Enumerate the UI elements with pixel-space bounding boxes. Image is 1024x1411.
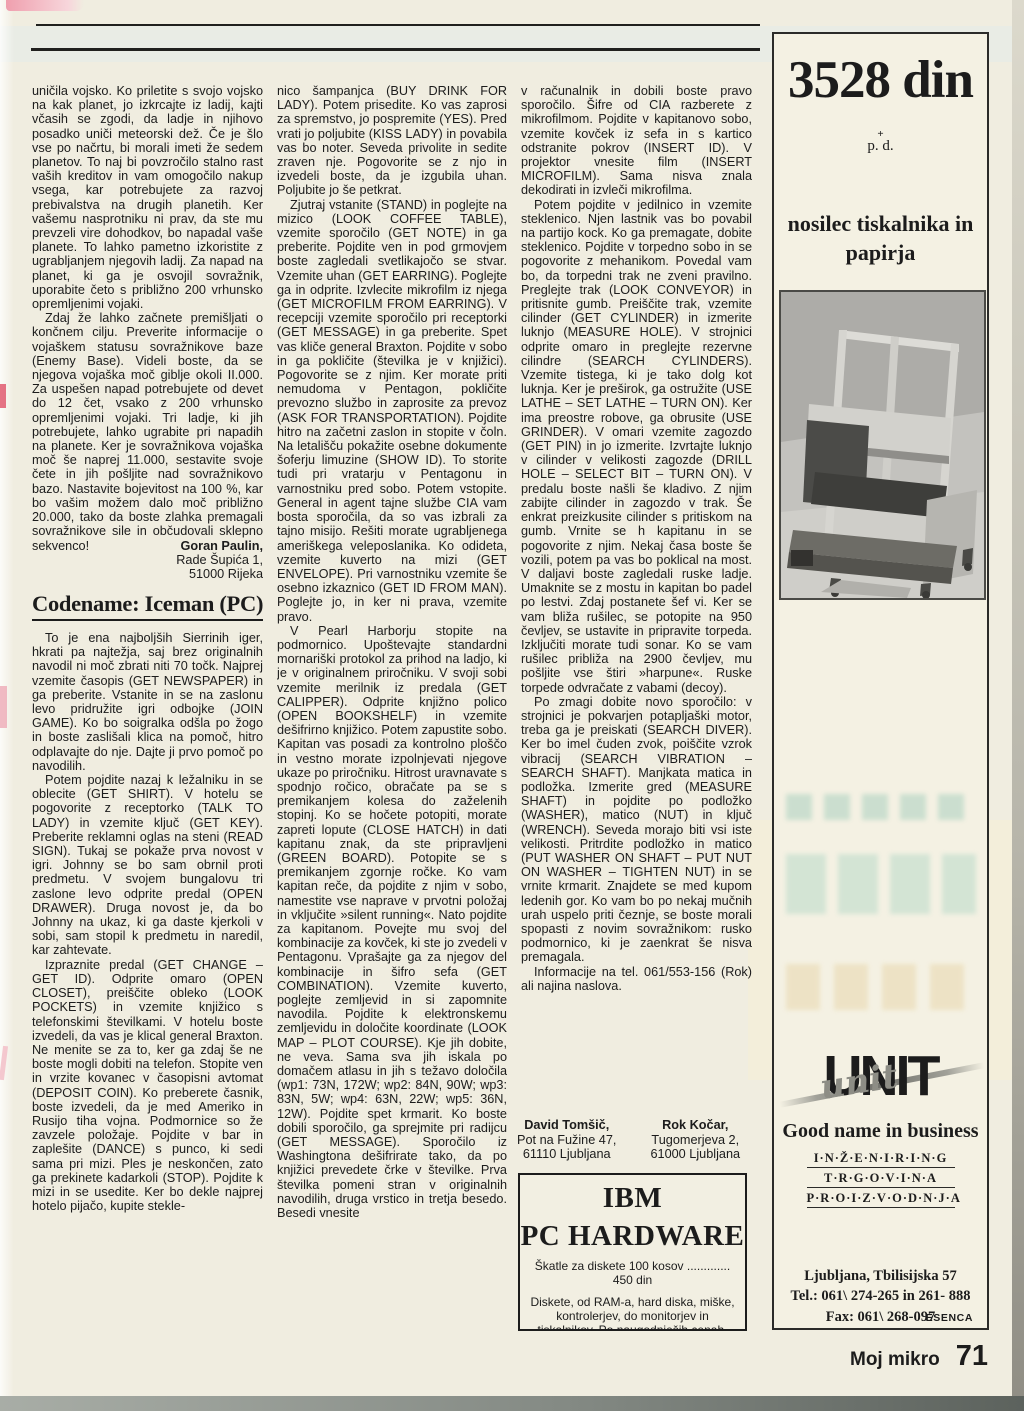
activity-item: T·R·G·O·V·I·N·A [807, 1168, 955, 1188]
body-paragraph: Zdaj že lahko začnete premišljati o konč… [32, 311, 263, 552]
page-bleedthrough [786, 854, 976, 914]
ad-title: PC HARDWARE [520, 1222, 745, 1251]
authors-block: David Tomšič, Pot na Fužine 47, 61110 Lj… [505, 1118, 757, 1162]
page-bleedthrough [786, 794, 976, 820]
ad-title: IBM [520, 1184, 745, 1213]
unit-sidebar-ad: 3528 din + p. d. nosilec tiskalnika in p… [772, 32, 989, 1330]
printer-stand-photo [779, 290, 986, 600]
body-paragraph: Potem pojdite v jedilnico in vzemite ste… [521, 198, 752, 695]
magazine-name: Moj mikro [850, 1349, 940, 1371]
ad-price: 3528 din [774, 50, 987, 110]
body-paragraph: To je ena najboljših Sierrinih iger, hkr… [32, 631, 263, 773]
text-column-1: uničila vojsko. Ko priletite s svojo voj… [32, 84, 263, 1366]
article-title: Codename: Iceman (PC) [32, 597, 263, 611]
activity-item: P·R·O·I·Z·V·O·D·N·J·A [807, 1188, 955, 1208]
scan-artifact [6, 0, 84, 11]
text-column-2: nico šampanjca (BUY DRINK FOR LADY). Pot… [277, 84, 507, 1366]
ad-address: Ljubljana, Tbilisijska 57 [774, 1266, 987, 1286]
author-right: Rok Kočar, Tugomerjeva 2, 61000 Ljubljan… [634, 1118, 757, 1162]
product-name: nosilec tiskalnika in papirja [774, 210, 987, 267]
body-paragraph: V Pearl Harborju stopite na podmornico. … [277, 624, 507, 1221]
ad-slogan: Good name in business [774, 1120, 987, 1143]
body-paragraph: uničila vojsko. Ko priletite s svojo voj… [32, 84, 263, 311]
scan-artifact [0, 686, 7, 728]
page-bleedthrough [786, 964, 976, 1010]
top-rule-thin [36, 24, 760, 26]
body-paragraph: v računalnik in dobili boste pravo sporo… [521, 84, 752, 198]
body-paragraph: Informacije na tel. 061/553-156 (Rok) al… [521, 965, 752, 993]
scan-edge [0, 1396, 1024, 1411]
magazine-page: uničila vojsko. Ko priletite s svojo voj… [0, 0, 1024, 1411]
pd-text: p. d. [774, 139, 987, 154]
author-address: 51000 Rijeka [32, 567, 263, 581]
activity-list: I·N·Ž·E·N·I·R·I·N·G T·R·G·O·V·I·N·A P·R·… [774, 1148, 987, 1208]
body-paragraph: nico šampanjca (BUY DRINK FOR LADY). Pot… [277, 84, 507, 198]
scan-artifact [0, 384, 6, 408]
text-column-3: v računalnik in dobili boste pravo sporo… [521, 84, 752, 1130]
scan-edge [1012, 0, 1024, 1411]
body-paragraph: Zjutraj vstanite (STAND) in poglejte na … [277, 198, 507, 624]
ad-price-line: Škatle za diskete 100 kosov ............… [527, 1259, 738, 1287]
unit-logo: UNIT unit [774, 1046, 987, 1112]
title-underline [32, 619, 263, 622]
ibm-hardware-ad: IBM PC HARDWARE Škatle za diskete 100 ko… [518, 1173, 747, 1331]
body-paragraph: Izpraznite predal (GET CHANGE – GET ID).… [32, 958, 263, 1214]
ad-description: Diskete, od RAM-a, hard diska, miške, ko… [527, 1295, 738, 1331]
author-name: Rok Kočar, [634, 1118, 757, 1133]
top-rule-thick [31, 48, 760, 51]
author-address: Tugomerjeva 2, [634, 1133, 757, 1148]
author-name: David Tomšič, [505, 1118, 628, 1133]
author-address: 61110 Ljubljana [505, 1147, 628, 1162]
author-address: Pot na Fužine 47, [505, 1133, 628, 1148]
page-number: 71 [956, 1340, 988, 1373]
body-paragraph: Po zmagi dobite novo sporočilo: v strojn… [521, 695, 752, 965]
body-paragraph: Potem pojdite nazaj k ležalniku in se ob… [32, 773, 263, 958]
author-address: 61000 Ljubljana [634, 1147, 757, 1162]
price-note: + p. d. [774, 130, 987, 154]
ad-phone: Tel.: 061\ 274-265 in 261- 888 [774, 1286, 987, 1306]
author-left: David Tomšič, Pot na Fužine 47, 61110 Lj… [505, 1118, 628, 1162]
printer-stand-illustration [781, 292, 984, 598]
page-footer: Moj mikro 71 [850, 1340, 988, 1373]
agency-credit: ESENCA [926, 1312, 973, 1324]
author-address: Rade Šupića 1, [32, 553, 263, 567]
activity-item: I·N·Ž·E·N·I·R·I·N·G [807, 1148, 955, 1168]
